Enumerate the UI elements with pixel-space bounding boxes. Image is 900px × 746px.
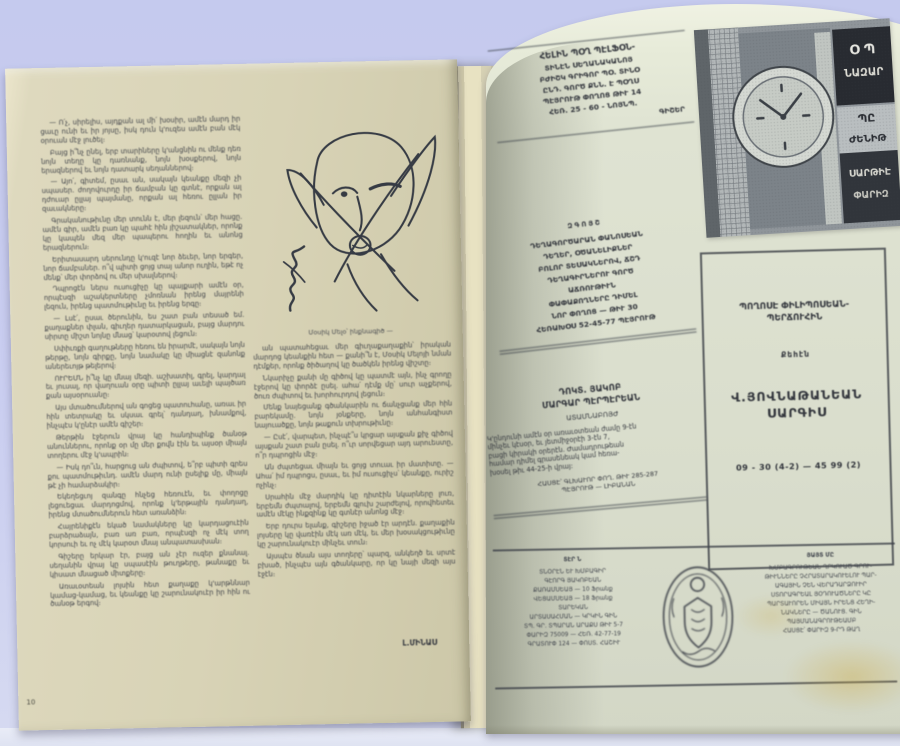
colophon-left-column: ՏԷՐ ՆՏՆՕՐԷՆ ԵՒ ԽՄԲԱԳԻՐԳԷՈՐԳ ՅԱԿՈԲԵԱՆՔԱՌԱ…	[497, 555, 649, 651]
right-page: ՀԵԼԻՆ ՊՕՂ ՊԷԼՖՕՆ-ՏԻՆԷՆ ՍԵՂԱՆԱԿԱՆՈՅԲԺԻՇԿ …	[486, 4, 900, 734]
paragraph: — Այո՛, գիտեմ, ըսաւ ան, սակայն կեանքը մե…	[41, 174, 242, 214]
paragraph: Դպրոցէն ներս ուսուցիչը կը պայքարի ամէն օ…	[44, 281, 245, 312]
watch-ad-graphic: Օ Պ ՆԱԶԱՐ ՊԸ ԺԵՆԻԹ ՍԱՐԹԻԷ ՓԱՐԻԶ	[694, 18, 900, 238]
ad-block-pharmacy-lines: ԶԳՈՅՇԴԵՂԱԳՈՐԾԱՐԱՆ ՓԱՆՈՍԵԱՆԴԵՂԵՐ, ՕԾԱՆԵԼԻ…	[485, 205, 696, 351]
colophon-line: ՅԱՅՏ ՄԸ	[750, 551, 891, 562]
page-number: 10	[26, 698, 35, 706]
text-column-1: — Ո՛չ, սիրելիս, այդքան ալ մի՛ խօսիր, ամէ…	[40, 115, 252, 697]
paragraph: Եկեղեցւոյ զանգը հնչեց հեռուէն, եւ փողոցը…	[48, 489, 249, 520]
paragraph: — Ո՛չ, սիրելիս, այդքան ալ մի՛ խօսիր, ամէ…	[40, 115, 241, 146]
paragraph: Գրականութիւնը մեր տունն է, մեր լեզուն՝ մ…	[42, 213, 243, 253]
ad-block-dentist: ԴՈԿՏ. ՅԱԿՈԲՄԱՐԳԱՐ ՊԷՐՊԷՐԵԱՆ ԱՏԱՄՆԱԲՈՅԺ Կ…	[483, 375, 707, 519]
boxed-ad-phone: 09 - 30 (4-2) — 45 99 (2)	[707, 459, 889, 474]
drawing-caption: Մօսիկ Մելօ՝ ինքնագիծ —	[261, 326, 441, 338]
paragraph: Բայց ի՞նչ ընել, երբ տարիները կ'անցնին ու…	[41, 145, 242, 176]
watch-photo-ad: Օ Պ ՆԱԶԱՐ ՊԸ ԺԵՆԻԹ ՍԱՐԹԻԷ ՓԱՐԻԶ	[694, 18, 900, 238]
paragraph: Մենք նայեցանք գծանկարին ու ճանչցանք մեր …	[254, 400, 453, 431]
paragraph: Այսպէս ծնան այս տողերը՝ պարզ, անկեղծ եւ …	[257, 549, 456, 580]
boxed-ad-subtitle: Քեհէն	[704, 348, 886, 362]
boxed-ad-title: ՊՈՂՈՍԷ ՓԻԼԻՊՈՍԵԱՆ-ՊԵՐՃՈՒՀԻՆ	[703, 298, 886, 327]
ad-block-top: ՀԵԼԻՆ ՊՕՂ ՊԷԼՖՕՆ-ՏԻՆԷՆ ՍԵՂԱՆԱԿԱՆՈՅԲԺԻՇԿ …	[488, 30, 695, 143]
paragraph: Երիտասարդ սերունդը կ'ուզէ նոր ձեւեր, նոր…	[43, 252, 244, 283]
boxed-ad-name: Վ.ՅՈՎՆԱԹԱՆԵԱՆՍԱՐԳԻՍ	[705, 385, 888, 424]
colophon-line: ԳՐԱՏՈՒՓ 124 — ՓՈՍՏ. ՀԱՇԻՒ	[498, 639, 649, 651]
paragraph: Թերթին էջերուն վրայ կը հանդիպինք ծանօթ ա…	[47, 430, 248, 461]
magazine-photo: ՀԵԼԻՆ ՊՕՂ ՊԷԼՖՕՆ-ՏԻՆԷՆ ՍԵՂԱՆԱԿԱՆՈՅԲԺԻՇԿ …	[0, 0, 900, 746]
paper-stain	[784, 640, 900, 714]
paragraph: Սփիւռքի գաղութները հեռու են իրարմէ, սակա…	[45, 341, 246, 372]
page-bottom-shade	[486, 725, 900, 734]
paragraph: Այս մտածումներով ան գոցեց պատուհանը, առա…	[46, 400, 247, 431]
paragraph: Երբ դուրս ելանք, գիշերը իջած էր արդէն. ք…	[257, 519, 456, 550]
paragraph: ան պատահեցաւ մեր գիւղաքաղաքին՝ իրական մա…	[253, 341, 452, 372]
paragraph: Գիշերը երկար էր, բայց ան չէր ուզեր քնանա…	[49, 549, 250, 580]
paragraph: Ան ժպտեցաւ միայն եւ ցոյց տուաւ իր մատիտը…	[255, 459, 454, 490]
publisher-seal-icon	[654, 555, 742, 678]
paragraph: Սրահին մէջ մարդիկ կը դիտէին նկարները լու…	[256, 489, 455, 520]
paper-stain	[734, 594, 808, 638]
paragraph: Առաւօտեան լոյսին հետ քաղաքը կ'արթննար կա…	[50, 578, 251, 609]
text-column-2: ան պատահեցաւ մեր գիւղաքաղաքին՝ իրական մա…	[253, 341, 457, 637]
article-signature: Լ.ՄԻՆԱՍ	[259, 638, 449, 651]
ad-block-pharmacy: ԶԳՈՅՇԴԵՂԱԳՈՐԾԱՐԱՆ ՓԱՆՈՍԵԱՆԴԵՂԵՐ, ՕԾԱՆԵԼԻ…	[485, 205, 696, 355]
face-sketch-drawing	[258, 104, 441, 326]
colophon-line: ՏԷՐ Ն	[497, 555, 648, 567]
paragraph: Հայրենիքէն եկած նամակները կը կարդացուէին…	[49, 519, 250, 550]
paragraph: Նկարիչը քանի մը գիծով կը պատմէ այն, ինչ …	[254, 370, 453, 401]
left-page: — Ո՛չ, սիրելիս, այդքան ալ մի՛ խօսիր, ամէ…	[5, 59, 471, 730]
paragraph: ՈՒՐԵՄՆ ի՞նչ կը մնայ մեզի. աշխատիլ, գրել,…	[46, 370, 247, 401]
paragraph: — Ըսէ՛, վարպետ, ինչպէ՞ս կրցար այսքան քիչ…	[255, 430, 454, 461]
paragraph: — Լսէ՛, ըսաւ ծերունին, ես շատ բան տեսած …	[44, 311, 245, 342]
paragraph: — Իսկ դո՞ւն, հարցուց ան ժպիտով, ե՞րբ պիտ…	[47, 460, 248, 491]
boxed-announcement-ad: ՊՈՂՈՍԷ ՓԻԼԻՊՈՍԵԱՆ-ՊԵՐՃՈՒՀԻՆ Քեհէն Վ.ՅՈՎՆ…	[700, 248, 894, 571]
